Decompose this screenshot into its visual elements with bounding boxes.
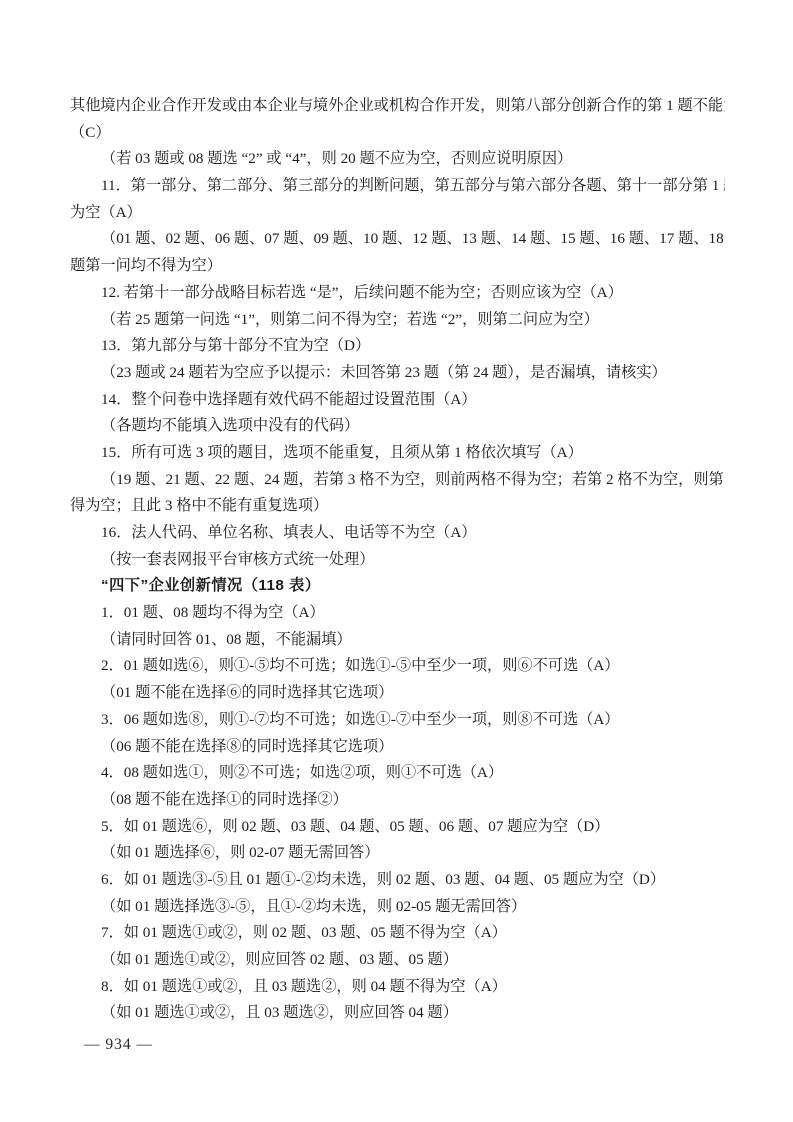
- text-line: （C）: [70, 120, 725, 147]
- text-line: 12. 若第十一部分战略目标若选 “是”，后续问题不能为空；否则应该为空（A）: [70, 280, 725, 307]
- text-line: （如 01 题选择选③-⑤，且①-②均未选，则 02-05 题无需回答）: [70, 894, 725, 921]
- text-line: （请同时回答 01、08 题，不能漏填）: [70, 627, 725, 654]
- text-line: 其他境内企业合作开发或由本企业与境外企业或机构合作开发，则第八部分创新合作的第 …: [70, 93, 725, 120]
- text-line: 1．01 题、08 题均不得为空（A）: [70, 600, 725, 627]
- text-line: 3．06 题如选⑧，则①-⑦均不可选；如选①-⑦中至少一项，则⑧不可选（A）: [70, 707, 725, 734]
- text-line: （按一套表网报平台审核方式统一处理）: [70, 547, 725, 574]
- text-line: （23 题或 24 题若为空应予以提示：未回答第 23 题（第 24 题），是否…: [70, 360, 725, 387]
- section-heading: “四下”企业创新情况（118 表）: [70, 573, 725, 600]
- text-line: （如 01 题选①或②，且 03 题选②，则应回答 04 题）: [70, 1000, 725, 1027]
- text-line: （如 01 题选①或②，则应回答 02 题、03 题、05 题）: [70, 947, 725, 974]
- text-line: 11．第一部分、第二部分、第三部分的判断问题，第五部分与第六部分各题、第十一部分…: [70, 173, 725, 200]
- text-line: 5．如 01 题选⑥，则 02 题、03 题、04 题、05 题、06 题、07…: [70, 814, 725, 841]
- text-line: 8．如 01 题选①或②，且 03 题选②，则 04 题不得为空（A）: [70, 974, 725, 1001]
- text-line: （19 题、21 题、22 题、24 题，若第 3 格不为空，则前两格不得为空；…: [70, 467, 725, 494]
- document-page: 其他境内企业合作开发或由本企业与境外企业或机构合作开发，则第八部分创新合作的第 …: [0, 0, 793, 1122]
- text-line: （06 题不能在选择⑧的同时选择其它选项）: [70, 734, 725, 761]
- text-line: （08 题不能在选择①的同时选择②）: [70, 787, 725, 814]
- text-line: 4．08 题如选①，则②不可选；如选②项，则①不可选（A）: [70, 760, 725, 787]
- text-line: 14．整个问卷中选择题有效代码不能超过设置范围（A）: [70, 387, 725, 414]
- text-line: 为空（A）: [70, 200, 725, 227]
- text-line: 2．01 题如选⑥，则①-⑤均不可选；如选①-⑤中至少一项，则⑥不可选（A）: [70, 653, 725, 680]
- text-line: 得为空；且此 3 格中不能有重复选项）: [70, 493, 725, 520]
- text-line: （若 03 题或 08 题选 “2” 或 “4”，则 20 题不应为空，否则应说…: [70, 146, 725, 173]
- page-number: — 934 —: [84, 1036, 153, 1053]
- page-footer: — 934 —: [84, 1036, 153, 1054]
- text-line: （如 01 题选择⑥，则 02-07 题无需回答）: [70, 840, 725, 867]
- text-line: （各题均不能填入选项中没有的代码）: [70, 413, 725, 440]
- text-line: 题第一问均不得为空）: [70, 253, 725, 280]
- text-line: 13．第九部分与第十部分不宜为空（D）: [70, 333, 725, 360]
- text-line: 6．如 01 题选③-⑤且 01 题①-②均未选，则 02 题、03 题、04 …: [70, 867, 725, 894]
- text-line: （若 25 题第一问选 “1”，则第二问不得为空；若选 “2”，则第二问应为空）: [70, 307, 725, 334]
- document-body: 其他境内企业合作开发或由本企业与境外企业或机构合作开发，则第八部分创新合作的第 …: [70, 93, 725, 1027]
- text-line: 15．所有可选 3 项的题目，选项不能重复，且须从第 1 格依次填写（A）: [70, 440, 725, 467]
- text-line: （01 题、02 题、06 题、07 题、09 题、10 题、12 题、13 题…: [70, 226, 725, 253]
- text-line: （01 题不能在选择⑥的同时选择其它选项）: [70, 680, 725, 707]
- text-line: 16．法人代码、单位名称、填表人、电话等不为空（A）: [70, 520, 725, 547]
- text-line: 7．如 01 题选①或②，则 02 题、03 题、05 题不得为空（A）: [70, 920, 725, 947]
